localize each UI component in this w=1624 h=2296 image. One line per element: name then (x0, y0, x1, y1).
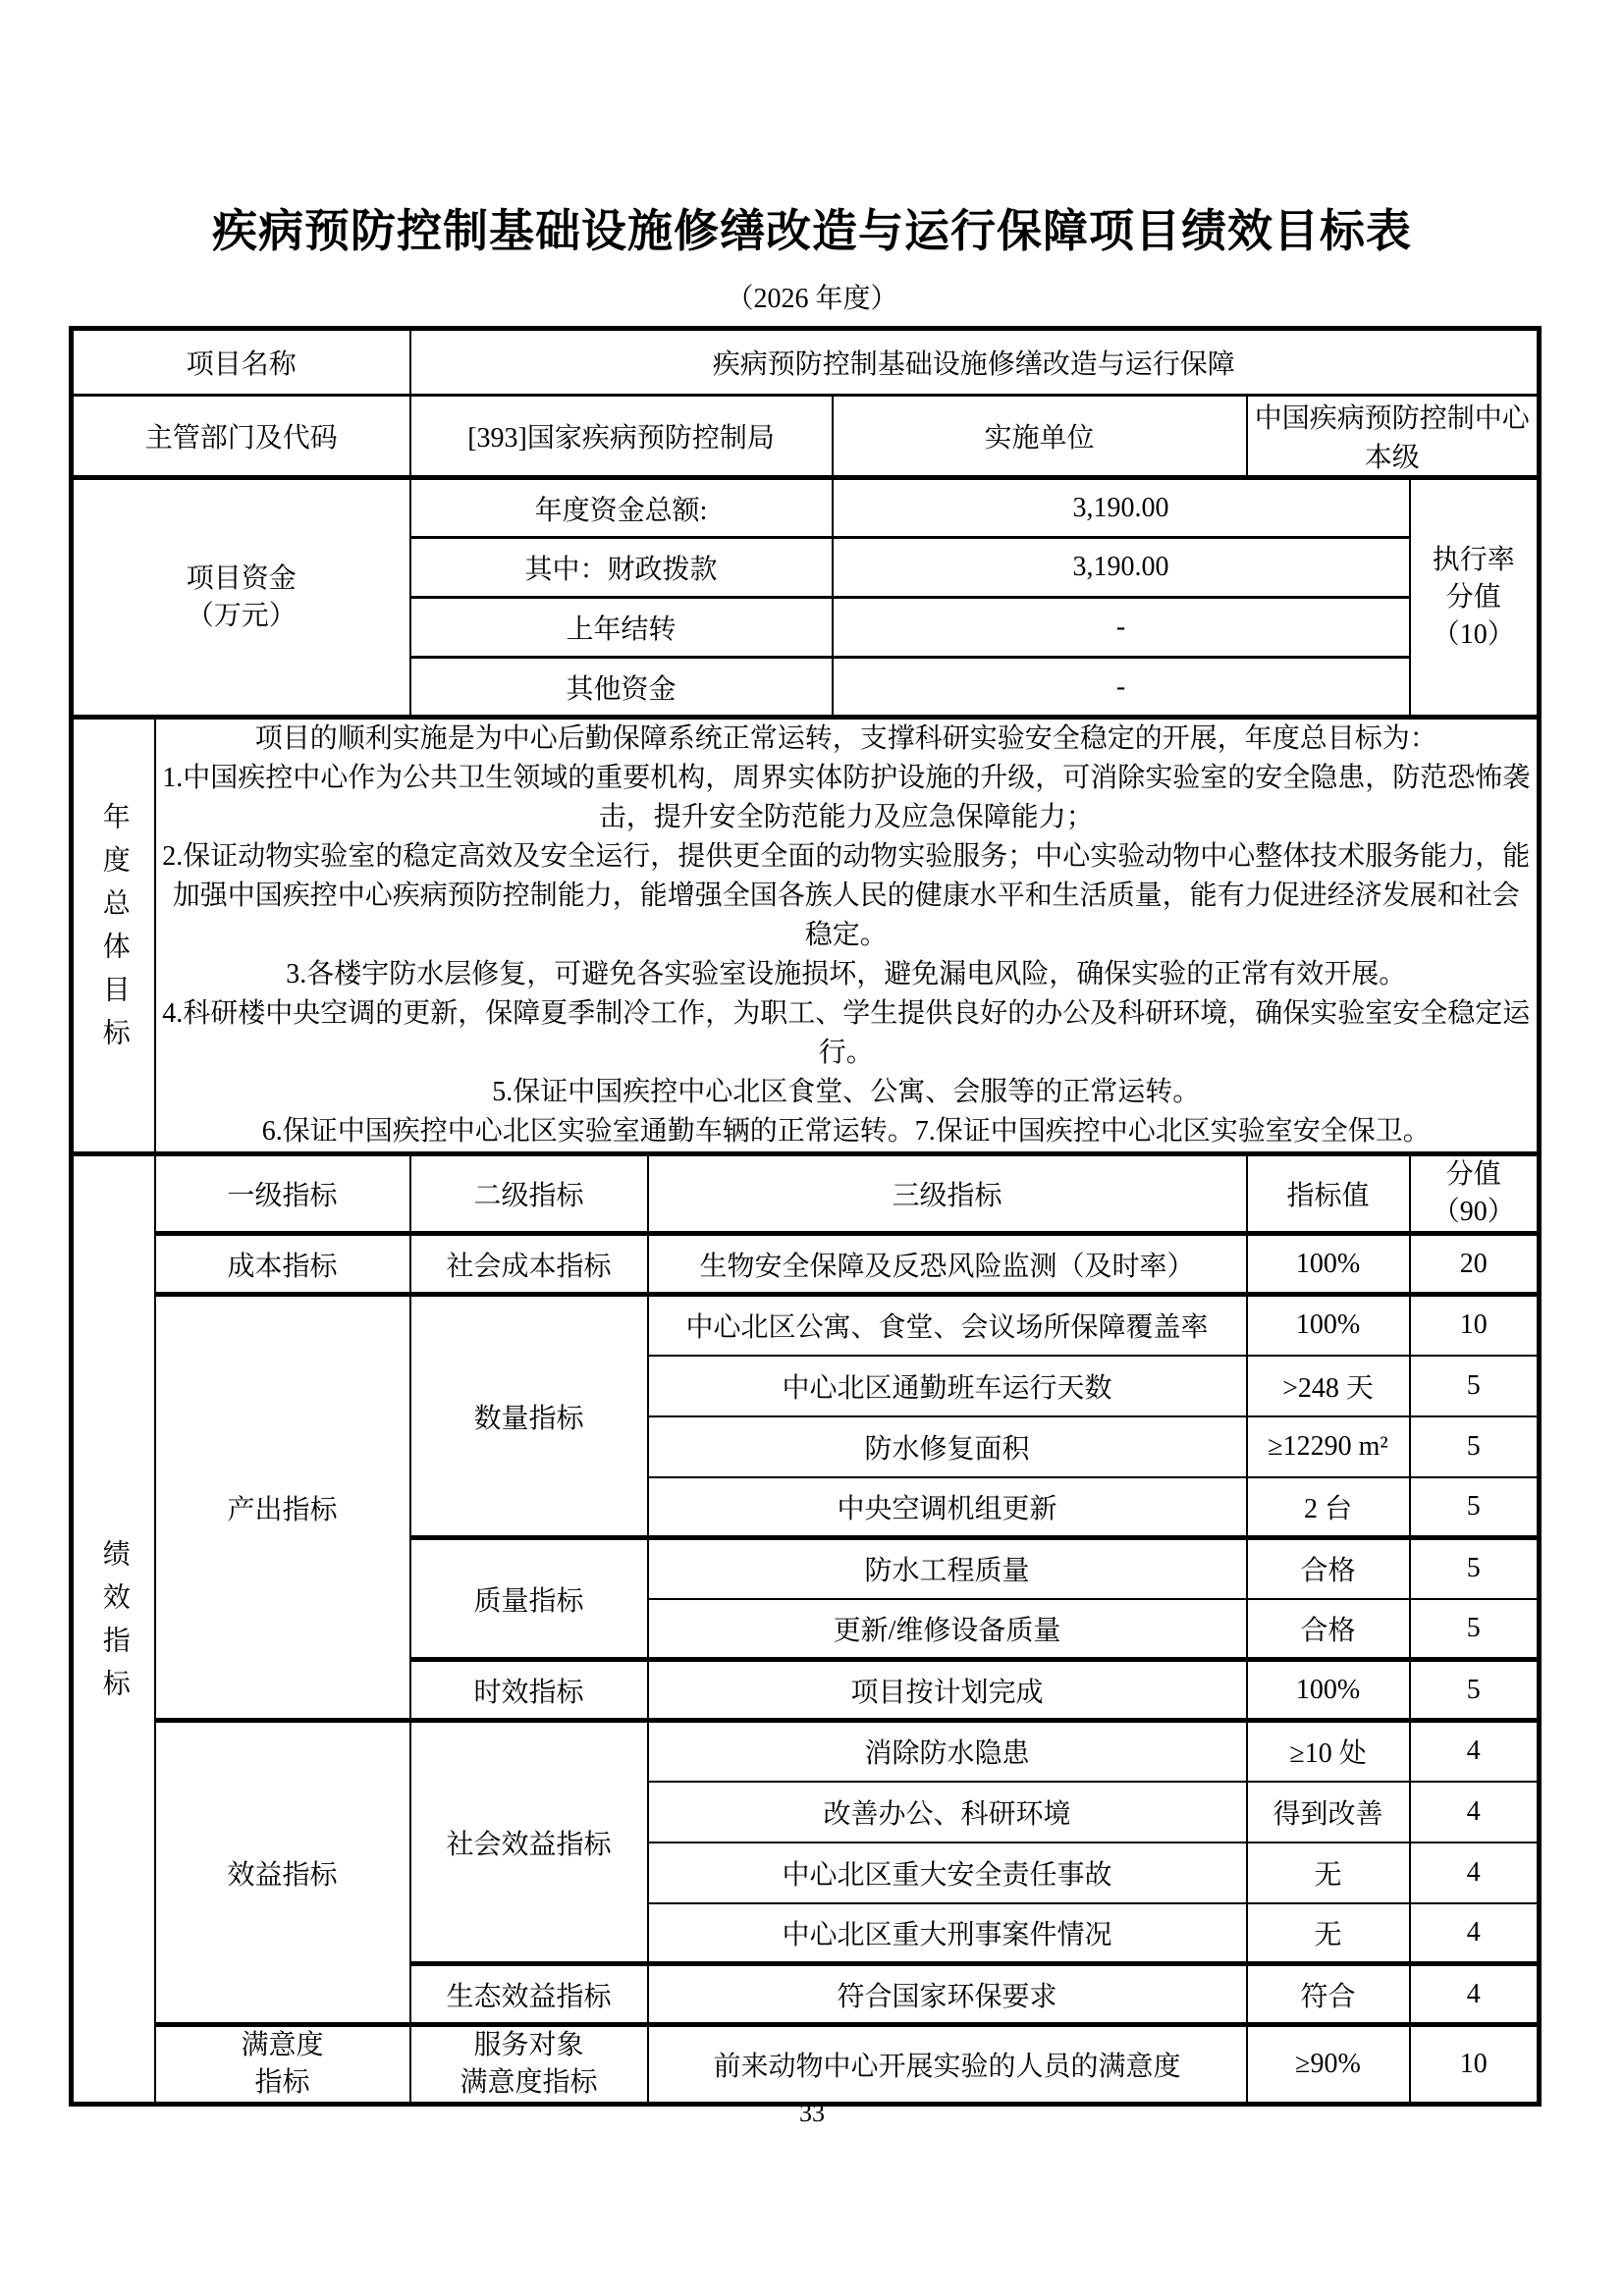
level1-cost: 成本指标 (155, 1234, 410, 1295)
level2-quantity: 数量指标 (410, 1295, 648, 1538)
funds-section-label: 项目资金 （万元） (72, 478, 410, 718)
fund-name-carryover: 上年结转 (410, 598, 833, 658)
indicator-value: 100% (1247, 1234, 1410, 1295)
level2-eco-benefit: 生态效益指标 (410, 1964, 648, 2025)
indicator-name: 中心北区通勤班车运行天数 (648, 1356, 1247, 1416)
indicator-score: 20 (1410, 1234, 1540, 1295)
level2-service-satisfaction: 服务对象 满意度指标 (410, 2025, 648, 2105)
indicator-name: 更新/维修设备质量 (648, 1599, 1247, 1660)
dept-label: 主管部门及代码 (72, 396, 410, 478)
fund-name-total: 年度资金总额: (410, 478, 833, 538)
indicator-value: 得到改善 (1247, 1782, 1410, 1842)
level2-timeliness: 时效指标 (410, 1660, 648, 1721)
indicator-score: 10 (1410, 2025, 1540, 2105)
indicators-section-label: 绩效指标 (72, 1154, 155, 2105)
dept-value: [393]国家疾病预防控制局 (410, 396, 833, 478)
fund-row: 项目资金 （万元） 年度资金总额: 3,190.00 执行率 分值 （10） (72, 478, 1540, 538)
department-row: 主管部门及代码 [393]国家疾病预防控制局 实施单位 中国疾病预防控制中心本级 (72, 396, 1540, 478)
page-title: 疾病预防控制基础设施修缮改造与运行保障项目绩效目标表 (0, 0, 1624, 261)
indicator-score: 5 (1410, 1477, 1540, 1538)
indicator-name: 项目按计划完成 (648, 1660, 1247, 1721)
indicator-score: 5 (1410, 1416, 1540, 1477)
fund-value-other: - (833, 658, 1410, 718)
level1-output: 产出指标 (155, 1295, 410, 1721)
annual-goal-label-text: 年度总体目标 (100, 802, 128, 1061)
indicator-score: 4 (1410, 1782, 1540, 1842)
indicator-value: 无 (1247, 1842, 1410, 1903)
indicators-section-label-text: 绩效指标 (100, 1539, 128, 1712)
indicator-score: 4 (1410, 1842, 1540, 1903)
indicator-value: 100% (1247, 1295, 1410, 1356)
indicator-name: 前来动物中心开展实验的人员的满意度 (648, 2025, 1247, 2105)
level2-social-benefit: 社会效益指标 (410, 1721, 648, 1964)
indicator-score: 5 (1410, 1538, 1540, 1599)
impl-unit-label: 实施单位 (833, 396, 1247, 478)
header-value: 指标值 (1247, 1154, 1410, 1234)
indicator-row: 效益指标 社会效益指标 消除防水隐患 ≥10 处 4 (72, 1721, 1540, 1782)
indicator-value: >248 天 (1247, 1356, 1410, 1416)
project-name-label: 项目名称 (72, 329, 410, 396)
indicator-header-row: 绩效指标 一级指标 二级指标 三级指标 指标值 分值 （90） (72, 1154, 1540, 1234)
indicator-row: 成本指标 社会成本指标 生物安全保障及反恐风险监测（及时率） 100% 20 (72, 1234, 1540, 1295)
indicator-score: 4 (1410, 1903, 1540, 1964)
fund-value-carryover: - (833, 598, 1410, 658)
annual-goal-label: 年度总体目标 (72, 718, 155, 1154)
level1-satisfaction: 满意度 指标 (155, 2025, 410, 2105)
indicator-value: 无 (1247, 1903, 1410, 1964)
indicator-name: 中心北区重大刑事案件情况 (648, 1903, 1247, 1964)
page-subtitle: （2026 年度） (0, 283, 1624, 316)
fund-name-fiscal: 其中：财政拨款 (410, 538, 833, 598)
indicator-name: 中心北区公寓、食堂、会议场所保障覆盖率 (648, 1295, 1247, 1356)
indicator-value: 合格 (1247, 1599, 1410, 1660)
indicator-score: 4 (1410, 1964, 1540, 2025)
indicator-value: 符合 (1247, 1964, 1410, 2025)
annual-goal-row: 年度总体目标 项目的顺利实施是为中心后勤保障系统正常运转，支撑科研实验安全稳定的… (72, 718, 1540, 1154)
project-name-row: 项目名称 疾病预防控制基础设施修缮改造与运行保障 (72, 329, 1540, 396)
indicator-value: 合格 (1247, 1538, 1410, 1599)
indicator-name: 消除防水隐患 (648, 1721, 1247, 1782)
indicator-row: 产出指标 数量指标 中心北区公寓、食堂、会议场所保障覆盖率 100% 10 (72, 1295, 1540, 1356)
header-level1: 一级指标 (155, 1154, 410, 1234)
indicator-score: 5 (1410, 1599, 1540, 1660)
indicator-row: 满意度 指标 服务对象 满意度指标 前来动物中心开展实验的人员的满意度 ≥90%… (72, 2025, 1540, 2105)
indicator-name: 中央空调机组更新 (648, 1477, 1247, 1538)
level2-quality: 质量指标 (410, 1538, 648, 1660)
indicator-value: ≥10 处 (1247, 1721, 1410, 1782)
fund-name-other: 其他资金 (410, 658, 833, 718)
page-number: 33 (0, 2099, 1624, 2128)
indicator-name: 防水工程质量 (648, 1538, 1247, 1599)
header-level2: 二级指标 (410, 1154, 648, 1234)
document-page: 疾病预防控制基础设施修缮改造与运行保障项目绩效目标表 （2026 年度） 项目名… (0, 0, 1624, 2296)
impl-unit-value: 中国疾病预防控制中心本级 (1247, 396, 1540, 478)
fund-value-total: 3,190.00 (833, 478, 1410, 538)
indicator-name: 符合国家环保要求 (648, 1964, 1247, 2025)
indicator-name: 生物安全保障及反恐风险监测（及时率） (648, 1234, 1247, 1295)
level2-social-cost: 社会成本指标 (410, 1234, 648, 1295)
indicator-value: 100% (1247, 1660, 1410, 1721)
project-name-value: 疾病预防控制基础设施修缮改造与运行保障 (410, 329, 1540, 396)
indicator-name: 防水修复面积 (648, 1416, 1247, 1477)
indicator-score: 5 (1410, 1356, 1540, 1416)
performance-target-table: 项目名称 疾病预防控制基础设施修缮改造与运行保障 主管部门及代码 [393]国家… (69, 326, 1542, 2107)
indicator-score: 10 (1410, 1295, 1540, 1356)
fund-value-fiscal: 3,190.00 (833, 538, 1410, 598)
header-score: 分值 （90） (1410, 1154, 1540, 1234)
indicator-value: 2 台 (1247, 1477, 1410, 1538)
indicator-value: ≥12290 m² (1247, 1416, 1410, 1477)
header-level3: 三级指标 (648, 1154, 1247, 1234)
indicator-score: 4 (1410, 1721, 1540, 1782)
level1-benefit: 效益指标 (155, 1721, 410, 2025)
indicator-name: 改善办公、科研环境 (648, 1782, 1247, 1842)
indicator-value: ≥90% (1247, 2025, 1410, 2105)
indicator-name: 中心北区重大安全责任事故 (648, 1842, 1247, 1903)
execution-rate-label: 执行率 分值 （10） (1410, 478, 1540, 718)
indicator-score: 5 (1410, 1660, 1540, 1721)
annual-goal-text: 项目的顺利实施是为中心后勤保障系统正常运转，支撑科研实验安全稳定的开展，年度总目… (155, 718, 1540, 1154)
